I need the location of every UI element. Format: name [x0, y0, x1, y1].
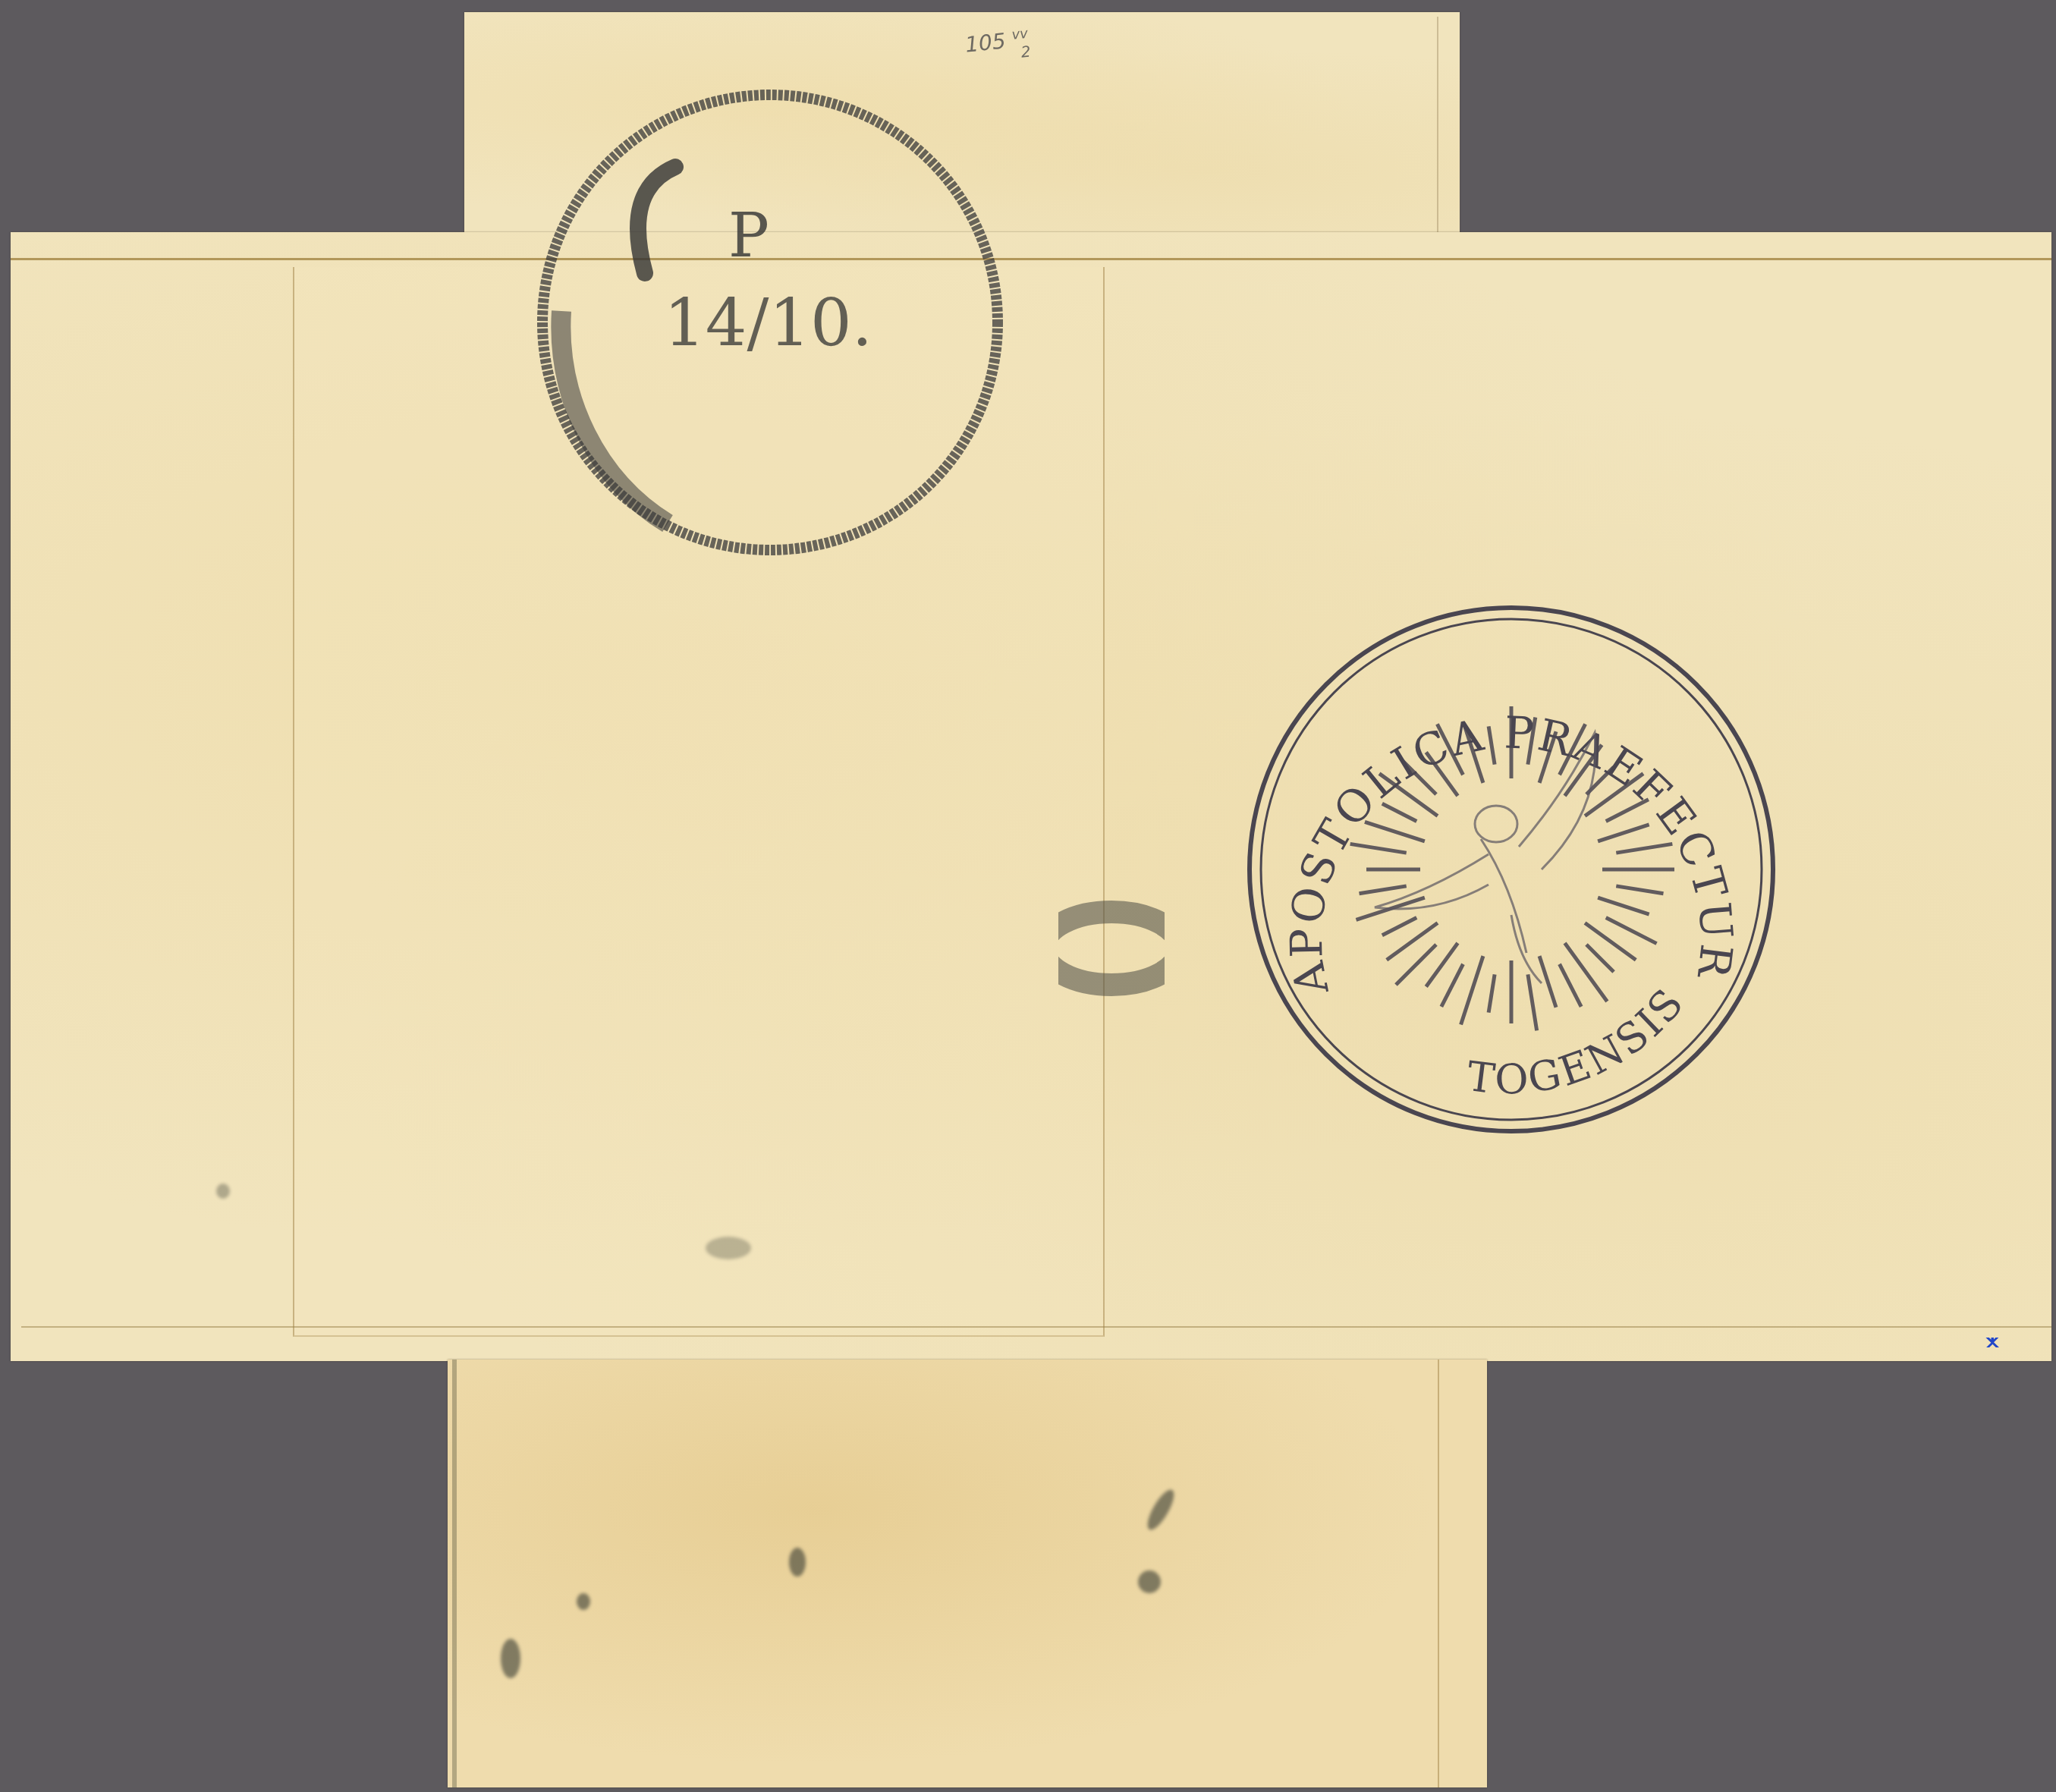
ink-blot [577, 1593, 590, 1610]
ink-blot [1138, 1570, 1161, 1593]
numeral-marking [1058, 835, 1165, 1062]
lower-fold-strip [21, 1326, 2051, 1361]
fold-line [1438, 1360, 1439, 1787]
mission-seal: APOSTOLICA PRAEFECTURA TOGENSIS [1238, 596, 1784, 1143]
ink-blot [706, 1237, 751, 1259]
postmark-top-letter: P [728, 200, 769, 271]
fold-line [1437, 17, 1438, 237]
ink-blot [216, 1184, 230, 1199]
pencil-annotation: 105 vv 2 [964, 26, 1030, 58]
bottom-flap [448, 1360, 1487, 1787]
postmark-date: 14/10. [664, 285, 872, 361]
flap-left-edge [452, 1360, 457, 1787]
pencil-subscript: 2 [1020, 42, 1031, 61]
pencil-number: 105 [964, 28, 1008, 57]
cds-postmark: P 14/10. [531, 83, 1009, 561]
ink-blot [789, 1548, 806, 1577]
ink-blot [501, 1639, 520, 1678]
top-crease [11, 258, 2051, 260]
blue-crayon-mark: ⵅ [1986, 1335, 1998, 1351]
pencil-superscript: vv [1011, 26, 1029, 43]
